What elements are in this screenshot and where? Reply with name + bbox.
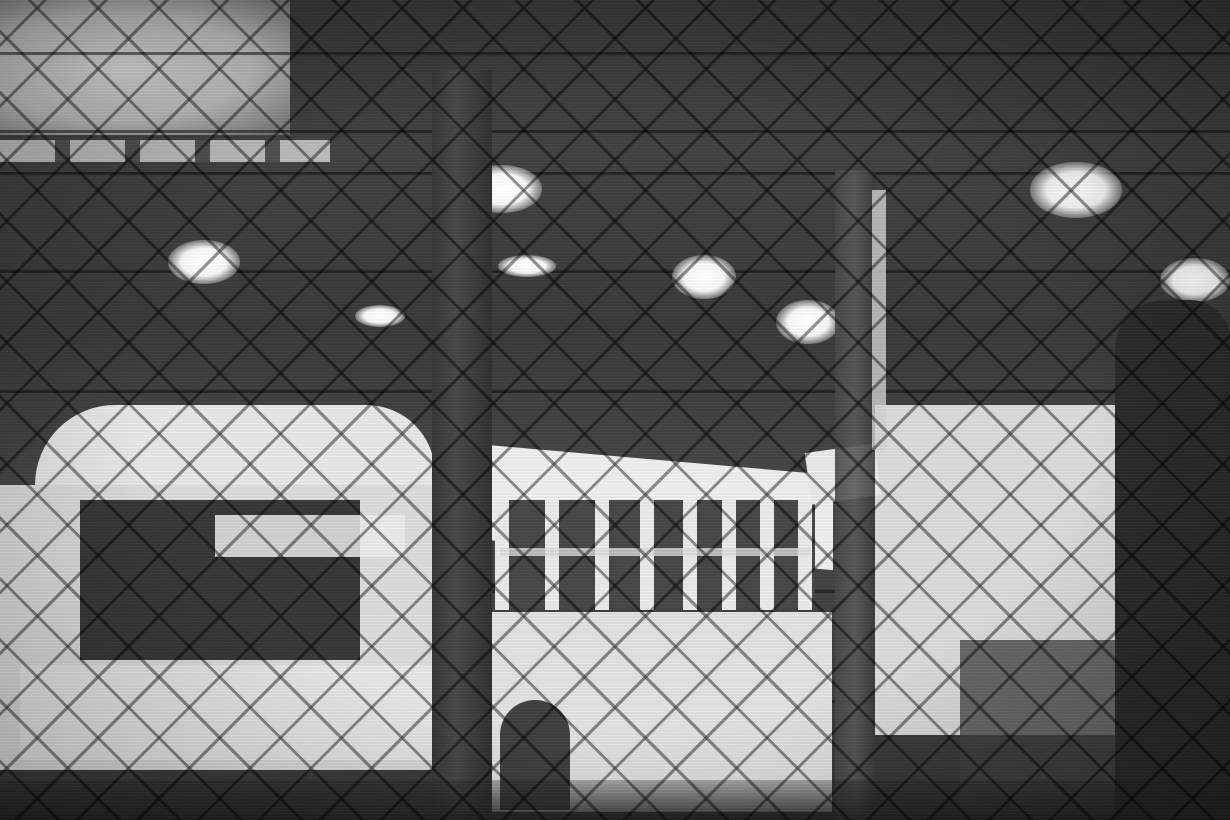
window-rail	[500, 548, 810, 556]
lamp-light	[1160, 258, 1230, 302]
lamp-light	[776, 300, 840, 344]
pole-highlight	[872, 190, 886, 450]
pole	[835, 170, 875, 820]
bright-background-area	[0, 0, 290, 135]
lamp-light	[355, 305, 405, 327]
ground-shadow	[0, 780, 1230, 820]
lamp-light	[672, 255, 736, 299]
left-bus-roof	[35, 405, 435, 485]
lamp-light	[168, 240, 240, 284]
lamp-light	[498, 255, 556, 277]
dark-figure	[1115, 300, 1230, 820]
wall-line	[0, 130, 1230, 133]
ledge-lights	[0, 140, 330, 162]
left-bus-interior-light	[215, 515, 405, 557]
lamp-light	[1030, 162, 1122, 218]
left-bus-front	[20, 665, 435, 760]
photograph	[0, 0, 1230, 820]
pole	[432, 70, 492, 820]
wall-line	[0, 52, 1230, 55]
wall-line	[0, 390, 1230, 393]
